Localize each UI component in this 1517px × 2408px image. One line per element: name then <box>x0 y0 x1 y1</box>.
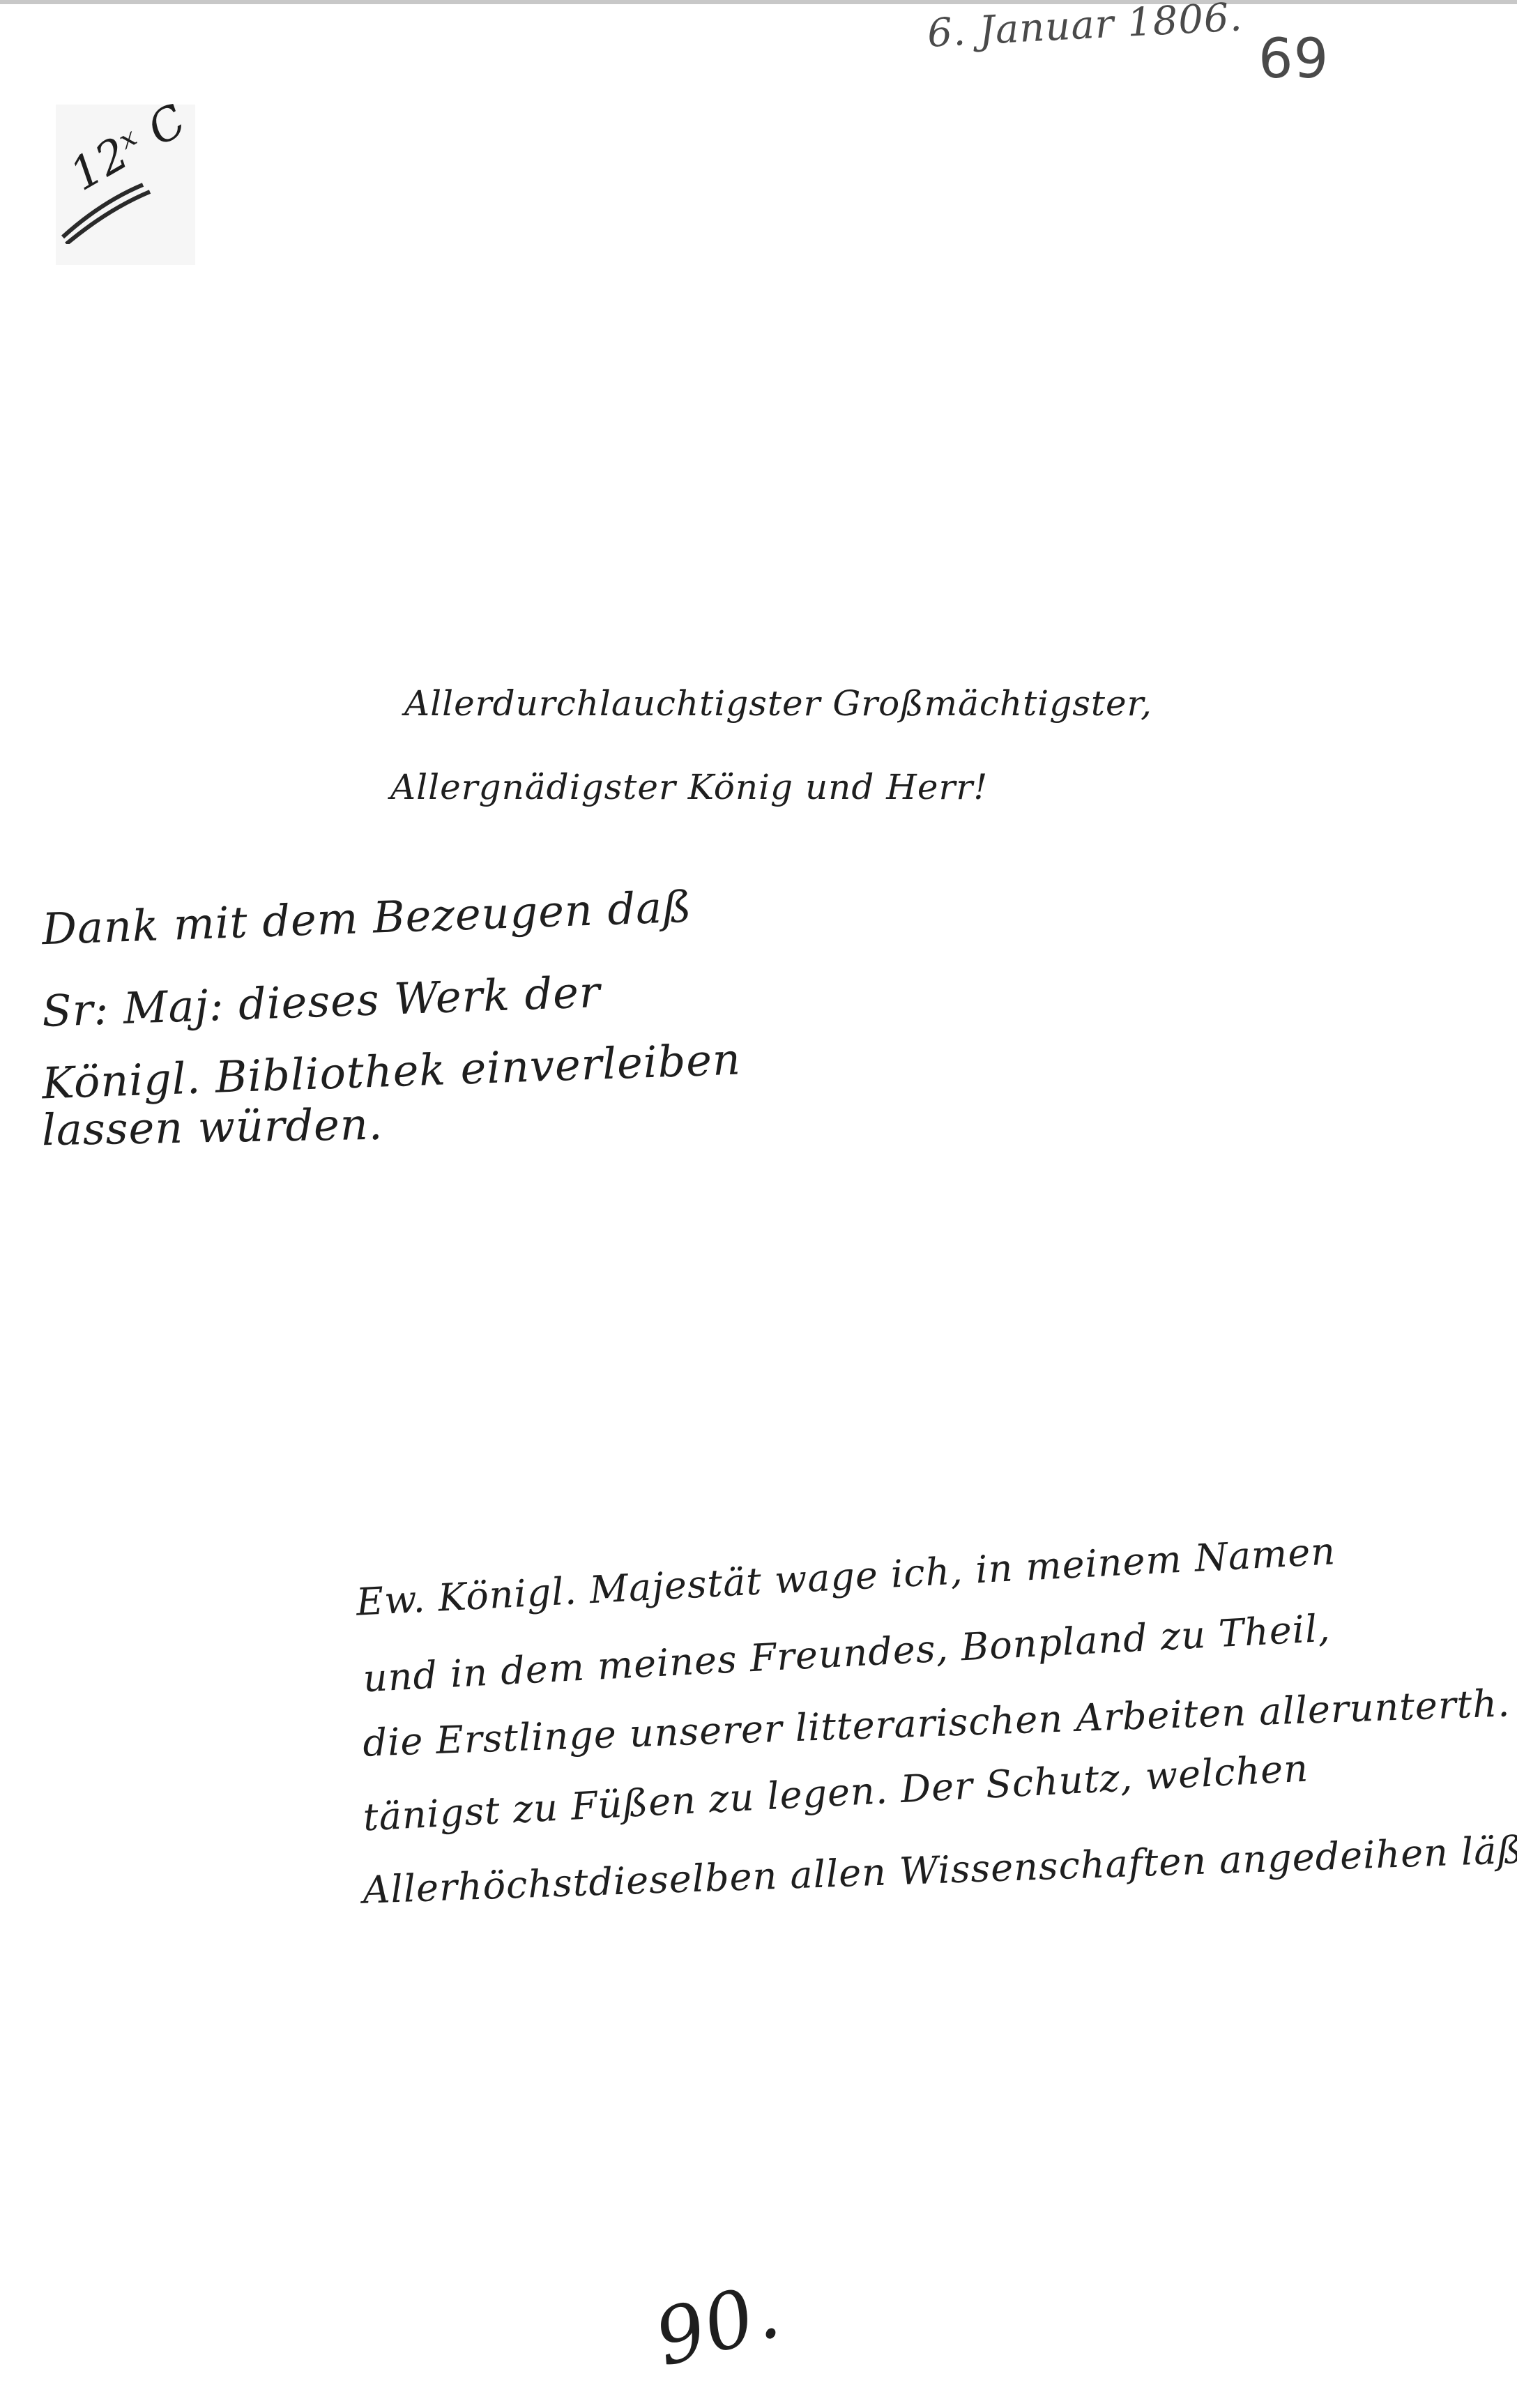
letter-body-line: und in dem meines Freundes, Bonpland zu … <box>362 1606 1332 1701</box>
margin-note-line: Dank mit dem Bezeugen daß <box>41 881 693 955</box>
salutation-line-1: Allerdurchlauchtigster Großmächtigster, <box>404 683 1152 724</box>
letter-body-line: Allerhöchstdieselben allen Wissenschafte… <box>362 1827 1517 1912</box>
margin-note-line: lassen würden. <box>41 1099 383 1156</box>
margin-note-line: Königl. Bibliothek einverleiben <box>41 1034 742 1109</box>
scan-edge <box>0 0 1517 4</box>
salutation-line-2: Allergnädigster König und Herr! <box>390 767 988 807</box>
letter-body-line: die Erstlinge unserer litterarischen Arb… <box>362 1681 1511 1765</box>
shelfmark-strokes-icon <box>59 174 164 244</box>
margin-note-line: Sr: Maj: dieses Werk der <box>41 966 602 1037</box>
letter-body-line: Ew. Königl. Majestät wage ich, in meinem… <box>355 1529 1336 1624</box>
page-number: 90. <box>646 2265 788 2384</box>
document-date: 6. Januar 1806. <box>927 0 1244 56</box>
folio-number: 69 <box>1258 28 1329 91</box>
